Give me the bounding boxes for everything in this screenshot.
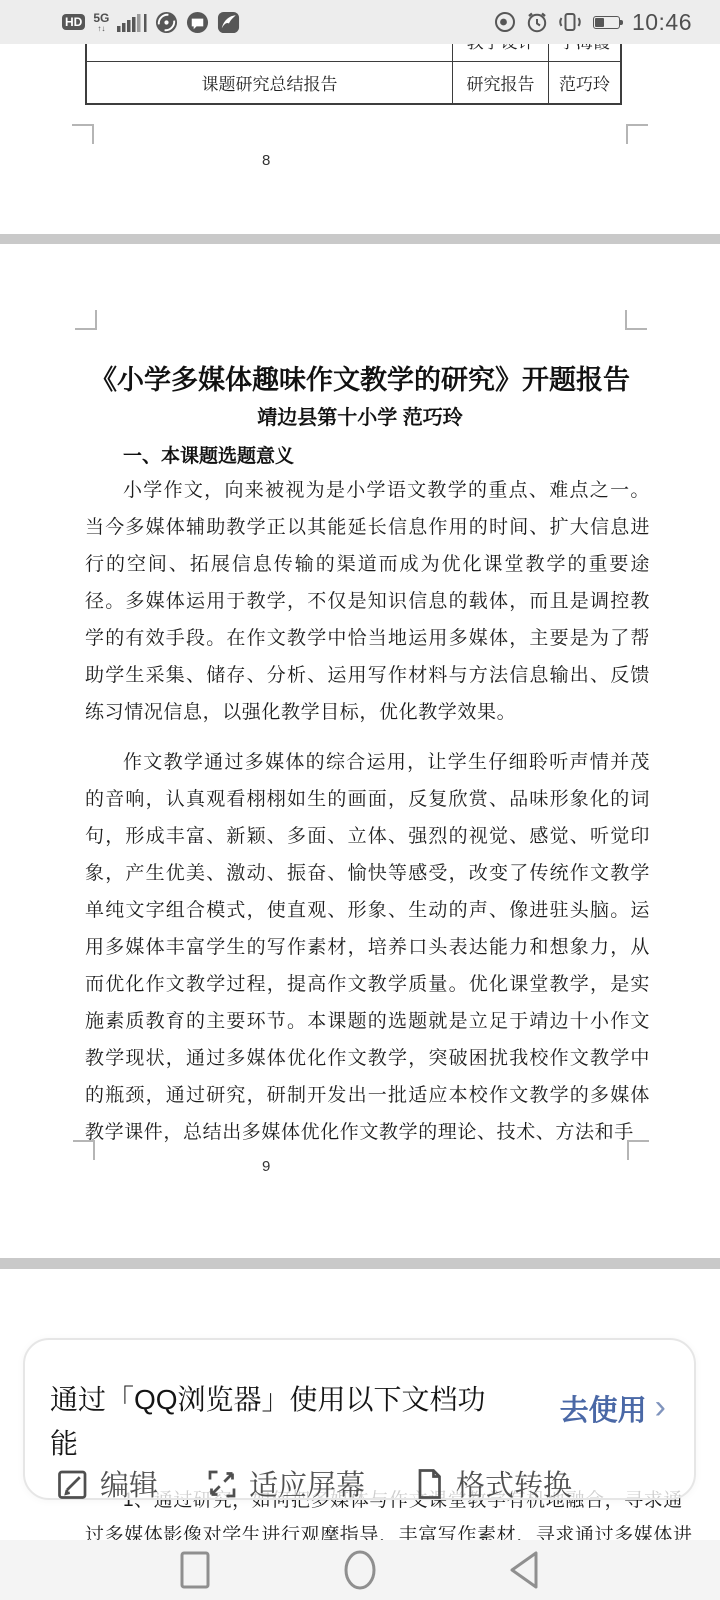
chevron-right-icon: › — [655, 1390, 666, 1424]
fit-screen-icon — [204, 1466, 240, 1502]
page8-table-region: 教学设计 丁海霞 课题研究总结报告 研究报告 范巧玲 — [0, 44, 720, 234]
margin-corner-mark — [625, 310, 647, 330]
eye-comfort-icon — [493, 10, 517, 34]
margin-corner-mark — [75, 310, 97, 330]
feature-edit[interactable]: 编辑 — [55, 1463, 158, 1504]
document-table: 教学设计 丁海霞 课题研究总结报告 研究报告 范巧玲 — [85, 44, 622, 105]
table-cell: 丁海霞 — [549, 44, 620, 61]
back-button[interactable] — [505, 1550, 545, 1590]
margin-corner-mark — [627, 1140, 649, 1160]
status-bar: HD 5G ↑↓ — [0, 0, 720, 44]
page-number-9: 9 — [262, 1158, 270, 1175]
page-separator — [0, 1258, 720, 1269]
section-heading: 一、本课题选题意义 — [123, 441, 294, 468]
document-title: 《小学多媒体趣味作文教学的研究》开题报告 — [0, 358, 720, 397]
document-author-line: 靖边县第十小学 范巧玲 — [0, 401, 720, 430]
qq-browser-promo-card[interactable]: 通过「QQ浏览器」使用以下文档功能 去使用 › 编辑 适应屏幕 — [23, 1338, 696, 1500]
table-row-clipped: 教学设计 丁海霞 — [87, 44, 620, 62]
table-cell: 范巧玲 — [549, 62, 620, 103]
signal-bars-icon — [117, 11, 147, 33]
home-button[interactable] — [340, 1550, 380, 1590]
margin-corner-mark — [626, 124, 648, 144]
status-clock: 10:46 — [632, 9, 692, 36]
recents-square-icon — [180, 1551, 210, 1589]
body-paragraph-2: 作文教学通过多媒体的综合运用，让学生仔细聆听声情并茂的音响，认真观看栩栩如生的画… — [85, 744, 650, 1151]
table-cell: 课题研究总结报告 — [87, 62, 453, 103]
messages-app-icon — [186, 11, 209, 34]
network-indicator: 5G ↑↓ — [93, 12, 109, 33]
page-number-8: 8 — [262, 152, 270, 169]
feature-row: 编辑 适应屏幕 格式转换 — [55, 1463, 572, 1504]
back-triangle-icon — [508, 1550, 542, 1590]
alarm-icon — [525, 10, 549, 34]
format-convert-icon — [411, 1466, 447, 1502]
edit-icon — [55, 1466, 91, 1502]
body-paragraph-1: 小学作文，向来被视为是小学语文教学的重点、难点之一。当今多媒体辅助教学正以其能延… — [85, 472, 650, 731]
go-use-button[interactable]: 去使用 › — [560, 1388, 666, 1429]
status-left-cluster: HD 5G ↑↓ — [62, 11, 240, 34]
margin-corner-mark — [72, 124, 94, 144]
status-right-cluster: 10:46 — [493, 9, 692, 36]
home-circle-icon — [343, 1550, 377, 1590]
feature-fit-screen[interactable]: 适应屏幕 — [204, 1463, 365, 1504]
promo-message: 通过「QQ浏览器」使用以下文档功能 — [50, 1378, 490, 1466]
hd-badge: HD — [62, 14, 85, 30]
phone-screen: HD 5G ↑↓ — [0, 0, 720, 1600]
recents-button[interactable] — [175, 1550, 215, 1590]
page-separator — [0, 234, 720, 244]
margin-corner-mark — [73, 1140, 95, 1160]
feature-format-convert[interactable]: 格式转换 — [411, 1463, 572, 1504]
android-nav-bar — [0, 1540, 720, 1600]
browser-app-icon — [155, 11, 178, 34]
table-cell: 教学设计 — [453, 44, 549, 61]
vibrate-icon — [557, 10, 583, 34]
wing-app-icon — [217, 11, 240, 34]
table-cell: 研究报告 — [453, 62, 549, 103]
table-row: 课题研究总结报告 研究报告 范巧玲 — [87, 62, 620, 103]
battery-icon — [593, 16, 620, 29]
table-cell — [87, 44, 453, 61]
